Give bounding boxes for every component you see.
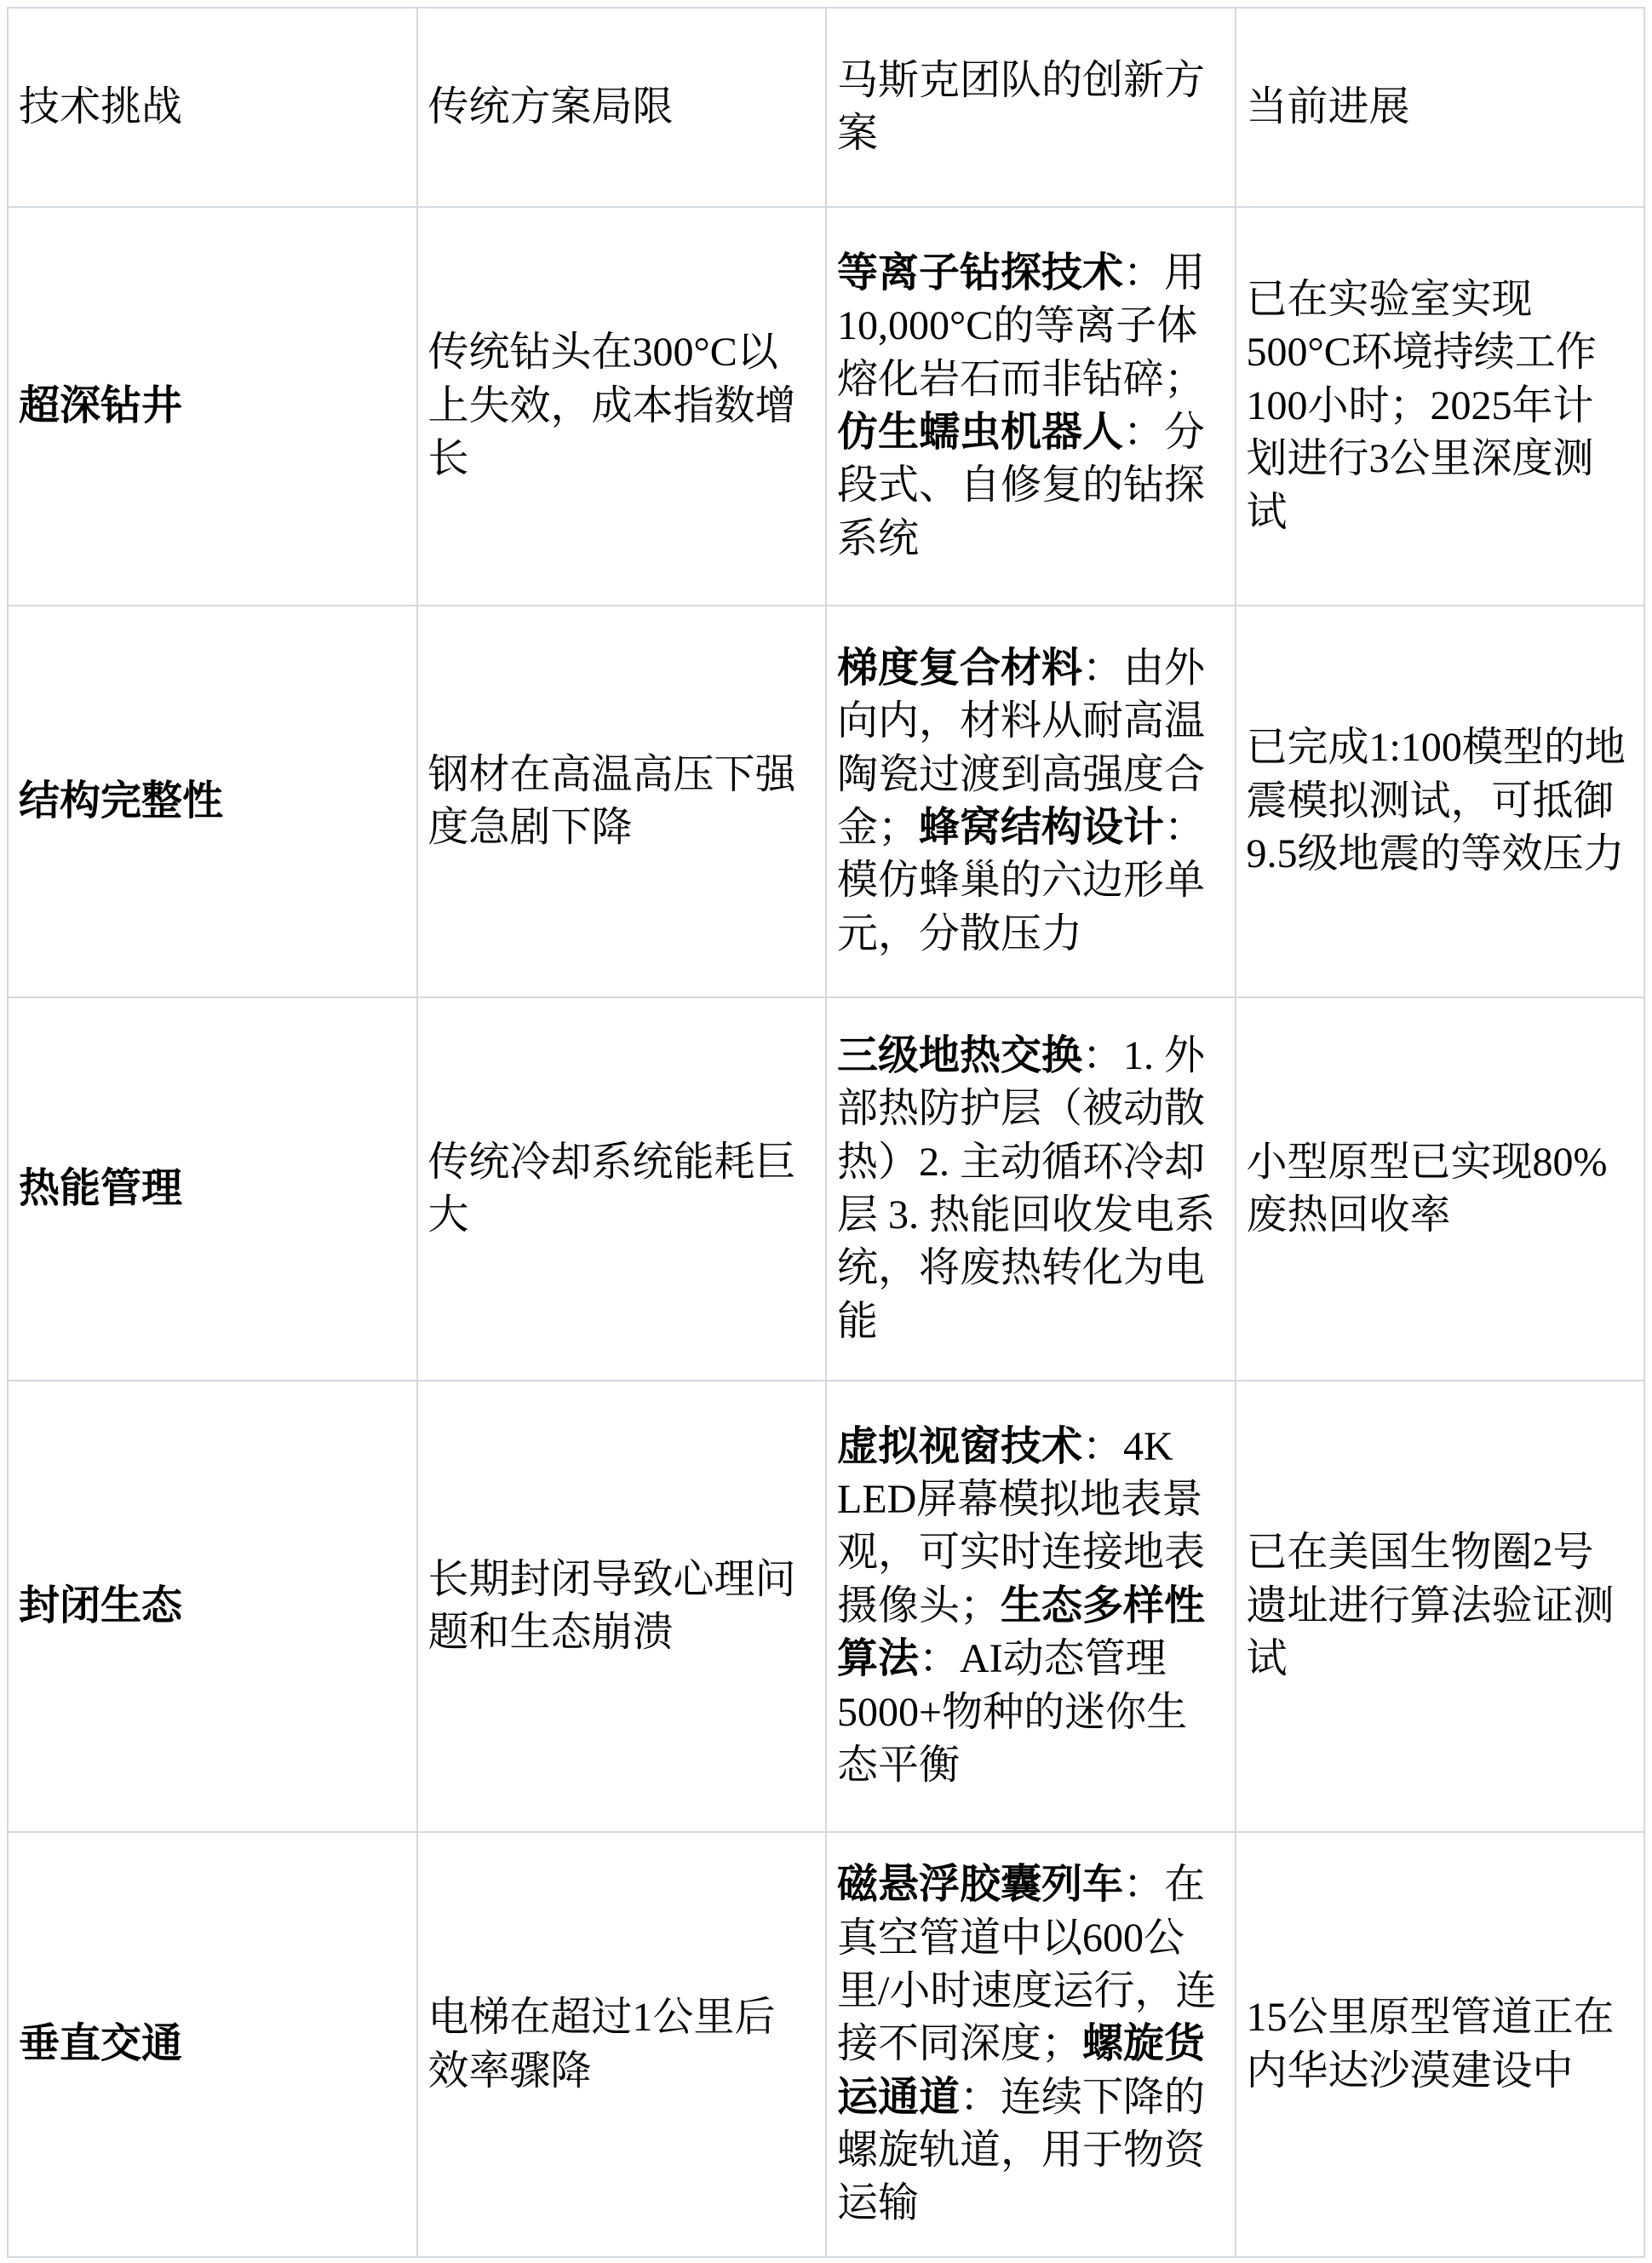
innovation-cell: 等离子钻探技术：用10,000°C的等离子体熔化岩石而非钻碎；仿生蠕虫机器人：分…	[826, 207, 1236, 606]
progress-cell: 15公里原型管道正在内华达沙漠建设中	[1236, 1832, 1645, 2257]
innovation-text: ：1. 外部热防护层（被动散热）2. 主动循环冷却层 3. 热能回收发电系统，将…	[837, 1033, 1215, 1344]
limitation-cell: 钢材在高温高压下强度急剧下降	[417, 606, 827, 997]
challenge-cell: 热能管理	[8, 997, 417, 1381]
innovation-term: 梯度复合材料	[837, 646, 1082, 691]
innovation-term: 磁悬浮胶囊列车	[837, 1862, 1123, 1907]
innovation-term: 等离子钻探技术	[837, 250, 1123, 296]
challenge-cell: 垂直交通	[8, 1832, 417, 2257]
table-row: 超深钻井传统钻头在300°C以上失效，成本指数增长等离子钻探技术：用10,000…	[8, 207, 1644, 606]
header-row: 技术挑战 传统方案局限 马斯克团队的创新方案 当前进展	[8, 8, 1644, 207]
progress-cell: 已在美国生物圈2号遗址进行算法验证测试	[1236, 1381, 1645, 1832]
header-cell-progress: 当前进展	[1236, 8, 1645, 207]
innovation-cell: 磁悬浮胶囊列车：在真空管道中以600公里/小时速度运行，连接不同深度；螺旋货运通…	[826, 1832, 1236, 2257]
innovation-term: 虚拟视窗技术	[837, 1424, 1082, 1469]
table-row: 封闭生态长期封闭导致心理问题和生态崩溃虚拟视窗技术：4K LED屏幕模拟地表景观…	[8, 1381, 1644, 1832]
challenge-cell: 封闭生态	[8, 1381, 417, 1832]
limitation-cell: 传统冷却系统能耗巨大	[417, 997, 827, 1381]
innovation-term: 三级地热交换	[837, 1033, 1082, 1078]
limitation-cell: 电梯在超过1公里后效率骤降	[417, 1832, 827, 2257]
progress-cell: 已在实验室实现500°C环境持续工作100小时；2025年计划进行3公里深度测试	[1236, 207, 1645, 606]
innovation-term: 蜂窝结构设计	[919, 805, 1164, 850]
limitation-cell: 传统钻头在300°C以上失效，成本指数增长	[417, 207, 827, 606]
table-row: 垂直交通电梯在超过1公里后效率骤降磁悬浮胶囊列车：在真空管道中以600公里/小时…	[8, 1832, 1644, 2257]
limitation-cell: 长期封闭导致心理问题和生态崩溃	[417, 1381, 827, 1832]
progress-cell: 已完成1:100模型的地震模拟测试，可抵御9.5级地震的等效压力	[1236, 606, 1645, 997]
innovation-cell: 虚拟视窗技术：4K LED屏幕模拟地表景观，可实时连接地表摄像头；生态多样性算法…	[826, 1381, 1236, 1832]
header-cell-challenge: 技术挑战	[8, 8, 417, 207]
progress-cell: 小型原型已实现80%废热回收率	[1236, 997, 1645, 1381]
header-cell-limitation: 传统方案局限	[417, 8, 827, 207]
challenge-cell: 结构完整性	[8, 606, 417, 997]
innovation-cell: 三级地热交换：1. 外部热防护层（被动散热）2. 主动循环冷却层 3. 热能回收…	[826, 997, 1236, 1381]
challenge-cell: 超深钻井	[8, 207, 417, 606]
tech-comparison-table: 技术挑战 传统方案局限 马斯克团队的创新方案 当前进展 超深钻井传统钻头在300…	[7, 7, 1645, 2258]
table-body: 超深钻井传统钻头在300°C以上失效，成本指数增长等离子钻探技术：用10,000…	[8, 207, 1644, 2257]
table-header: 技术挑战 传统方案局限 马斯克团队的创新方案 当前进展	[8, 8, 1644, 207]
innovation-term: 仿生蠕虫机器人	[837, 410, 1123, 455]
table-row: 结构完整性钢材在高温高压下强度急剧下降梯度复合材料：由外向内，材料从耐高温陶瓷过…	[8, 606, 1644, 997]
table-row: 热能管理传统冷却系统能耗巨大三级地热交换：1. 外部热防护层（被动散热）2. 主…	[8, 997, 1644, 1381]
header-cell-innovation: 马斯克团队的创新方案	[826, 8, 1236, 207]
innovation-cell: 梯度复合材料：由外向内，材料从耐高温陶瓷过渡到高强度合金；蜂窝结构设计：模仿蜂巢…	[826, 606, 1236, 997]
